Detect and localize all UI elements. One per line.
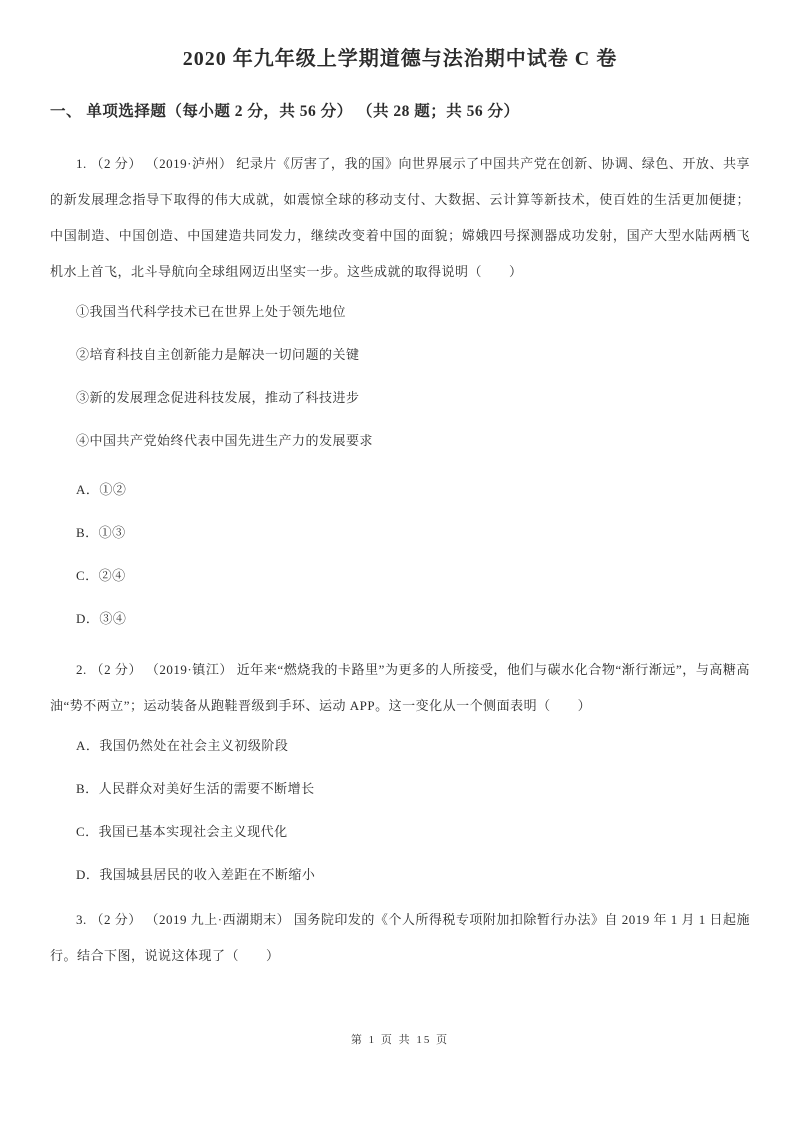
question-2-stem: 2. （2 分） （2019·镇江） 近年来“燃烧我的卡路里”为更多的人所接受，… xyxy=(50,652,750,724)
section-heading: 一、 单项选择题（每小题 2 分，共 56 分） （共 28 题；共 56 分） xyxy=(50,102,750,122)
question-2-choice-c: C．我国已基本实现社会主义现代化 xyxy=(50,810,750,853)
question-1-sub-item-4: ④中国共产党始终代表中国先进生产力的发展要求 xyxy=(50,419,750,462)
question-3-stem: 3. （2 分） （2019 九上·西湖期末） 国务院印发的《个人所得税专项附加… xyxy=(50,902,750,974)
question-1-choice-c: C．②④ xyxy=(50,554,750,597)
question-1-sub-item-2: ②培育科技自主创新能力是解决一切问题的关键 xyxy=(50,333,750,376)
question-2-choice-a: A．我国仍然处在社会主义初级阶段 xyxy=(50,724,750,767)
question-1-sub-item-1: ①我国当代科学技术已在世界上处于领先地位 xyxy=(50,290,750,333)
question-1-sub-items: ①我国当代科学技术已在世界上处于领先地位 ②培育科技自主创新能力是解决一切问题的… xyxy=(50,290,750,462)
page-footer: 第 1 页 共 15 页 xyxy=(0,1030,800,1050)
question-1-choice-a: A．①② xyxy=(50,468,750,511)
question-1-stem: 1. （2 分） （2019·泸州） 纪录片《厉害了，我的国》向世界展示了中国共… xyxy=(50,146,750,290)
question-1-sub-item-3: ③新的发展理念促进科技发展，推动了科技进步 xyxy=(50,376,750,419)
question-2-choices: A．我国仍然处在社会主义初级阶段 B．人民群众对美好生活的需要不断增长 C．我国… xyxy=(50,724,750,896)
exam-document-page: 2020 年九年级上学期道德与法治期中试卷 C 卷 一、 单项选择题（每小题 2… xyxy=(0,0,800,1132)
question-1-choices: A．①② B．①③ C．②④ D．③④ xyxy=(50,468,750,640)
question-2-choice-d: D．我国城县居民的收入差距在不断缩小 xyxy=(50,853,750,896)
question-1-choice-d: D．③④ xyxy=(50,597,750,640)
question-2-choice-b: B．人民群众对美好生活的需要不断增长 xyxy=(50,767,750,810)
page-title: 2020 年九年级上学期道德与法治期中试卷 C 卷 xyxy=(50,44,750,74)
question-1-choice-b: B．①③ xyxy=(50,511,750,554)
